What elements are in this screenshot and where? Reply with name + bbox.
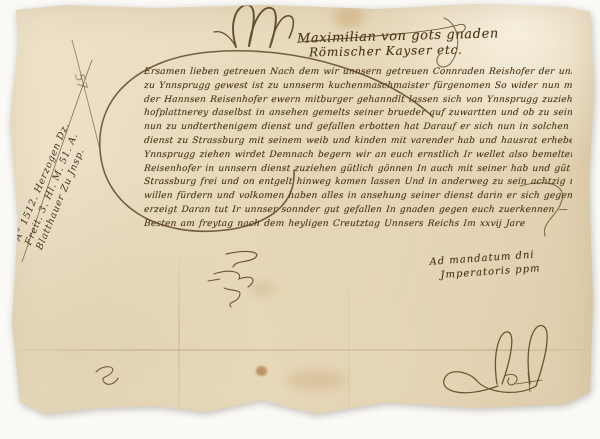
paper-sheet: Maximilian von gots gnaden Römischer Kay… [0,0,600,439]
fold-crease-horizontal [14,349,590,351]
archive-number: 57 [71,72,90,92]
registrator-signature-flourish [444,326,547,393]
body-line: hofplattnerey daselbst in ansehen gemelt… [144,107,572,121]
body-line: Ynnsprugg ziehen wirdet Demnach begern w… [144,149,572,163]
secretary-paraph [208,251,257,307]
body-line: der Hannsen Reisenhofer ewern mitburger … [144,94,572,108]
stain-smudge-bottom [286,370,346,390]
body-line: Ersamen lieben getreuen Nach dem wir unn… [144,66,572,80]
body-line: erzeigt Daran tut Ir unnser sonnder gut … [144,204,572,218]
body-line: willen fürdern und volkomen haben alles … [144,190,572,204]
margin-annotation: A° 1512. Herzogen Dz. Freit. 3. Hl. M. 5… [12,121,95,252]
paper-wrapper: Maximilian von gots gnaden Römischer Kay… [0,0,600,439]
corner-crease [555,0,600,28]
body-line: dienst zu Strassburg mit seinem weib und… [144,135,572,149]
fold-crease-vertical-center [348,290,349,410]
body-line: Strassburg frei und on entgelt hinweg ko… [144,176,572,190]
body-line: Reisenhofer in unnsern dienst zuziehen g… [144,163,572,177]
stain-faint-middle [250,282,276,296]
body-line: Besten am freytag nach dem heyligen Creu… [144,218,572,232]
stain-spot-bottom [256,366,267,376]
corner-ink-mark [96,367,118,385]
header-title-line2: Römischer Kayser etc. [309,43,463,60]
fold-crease-vertical-left [178,255,180,410]
chancery-note: Ad mandatum dni Jmperatoris ppm [429,248,541,284]
body-line: zu Ynnsprugg gewest ist zu unnserm kuche… [144,80,572,94]
stain-top-center [334,6,364,28]
body-line: nun zu undterthenigem dienst und gefalle… [144,121,572,135]
body-text: Ersamen lieben getreuen Nach dem wir unn… [144,66,572,236]
